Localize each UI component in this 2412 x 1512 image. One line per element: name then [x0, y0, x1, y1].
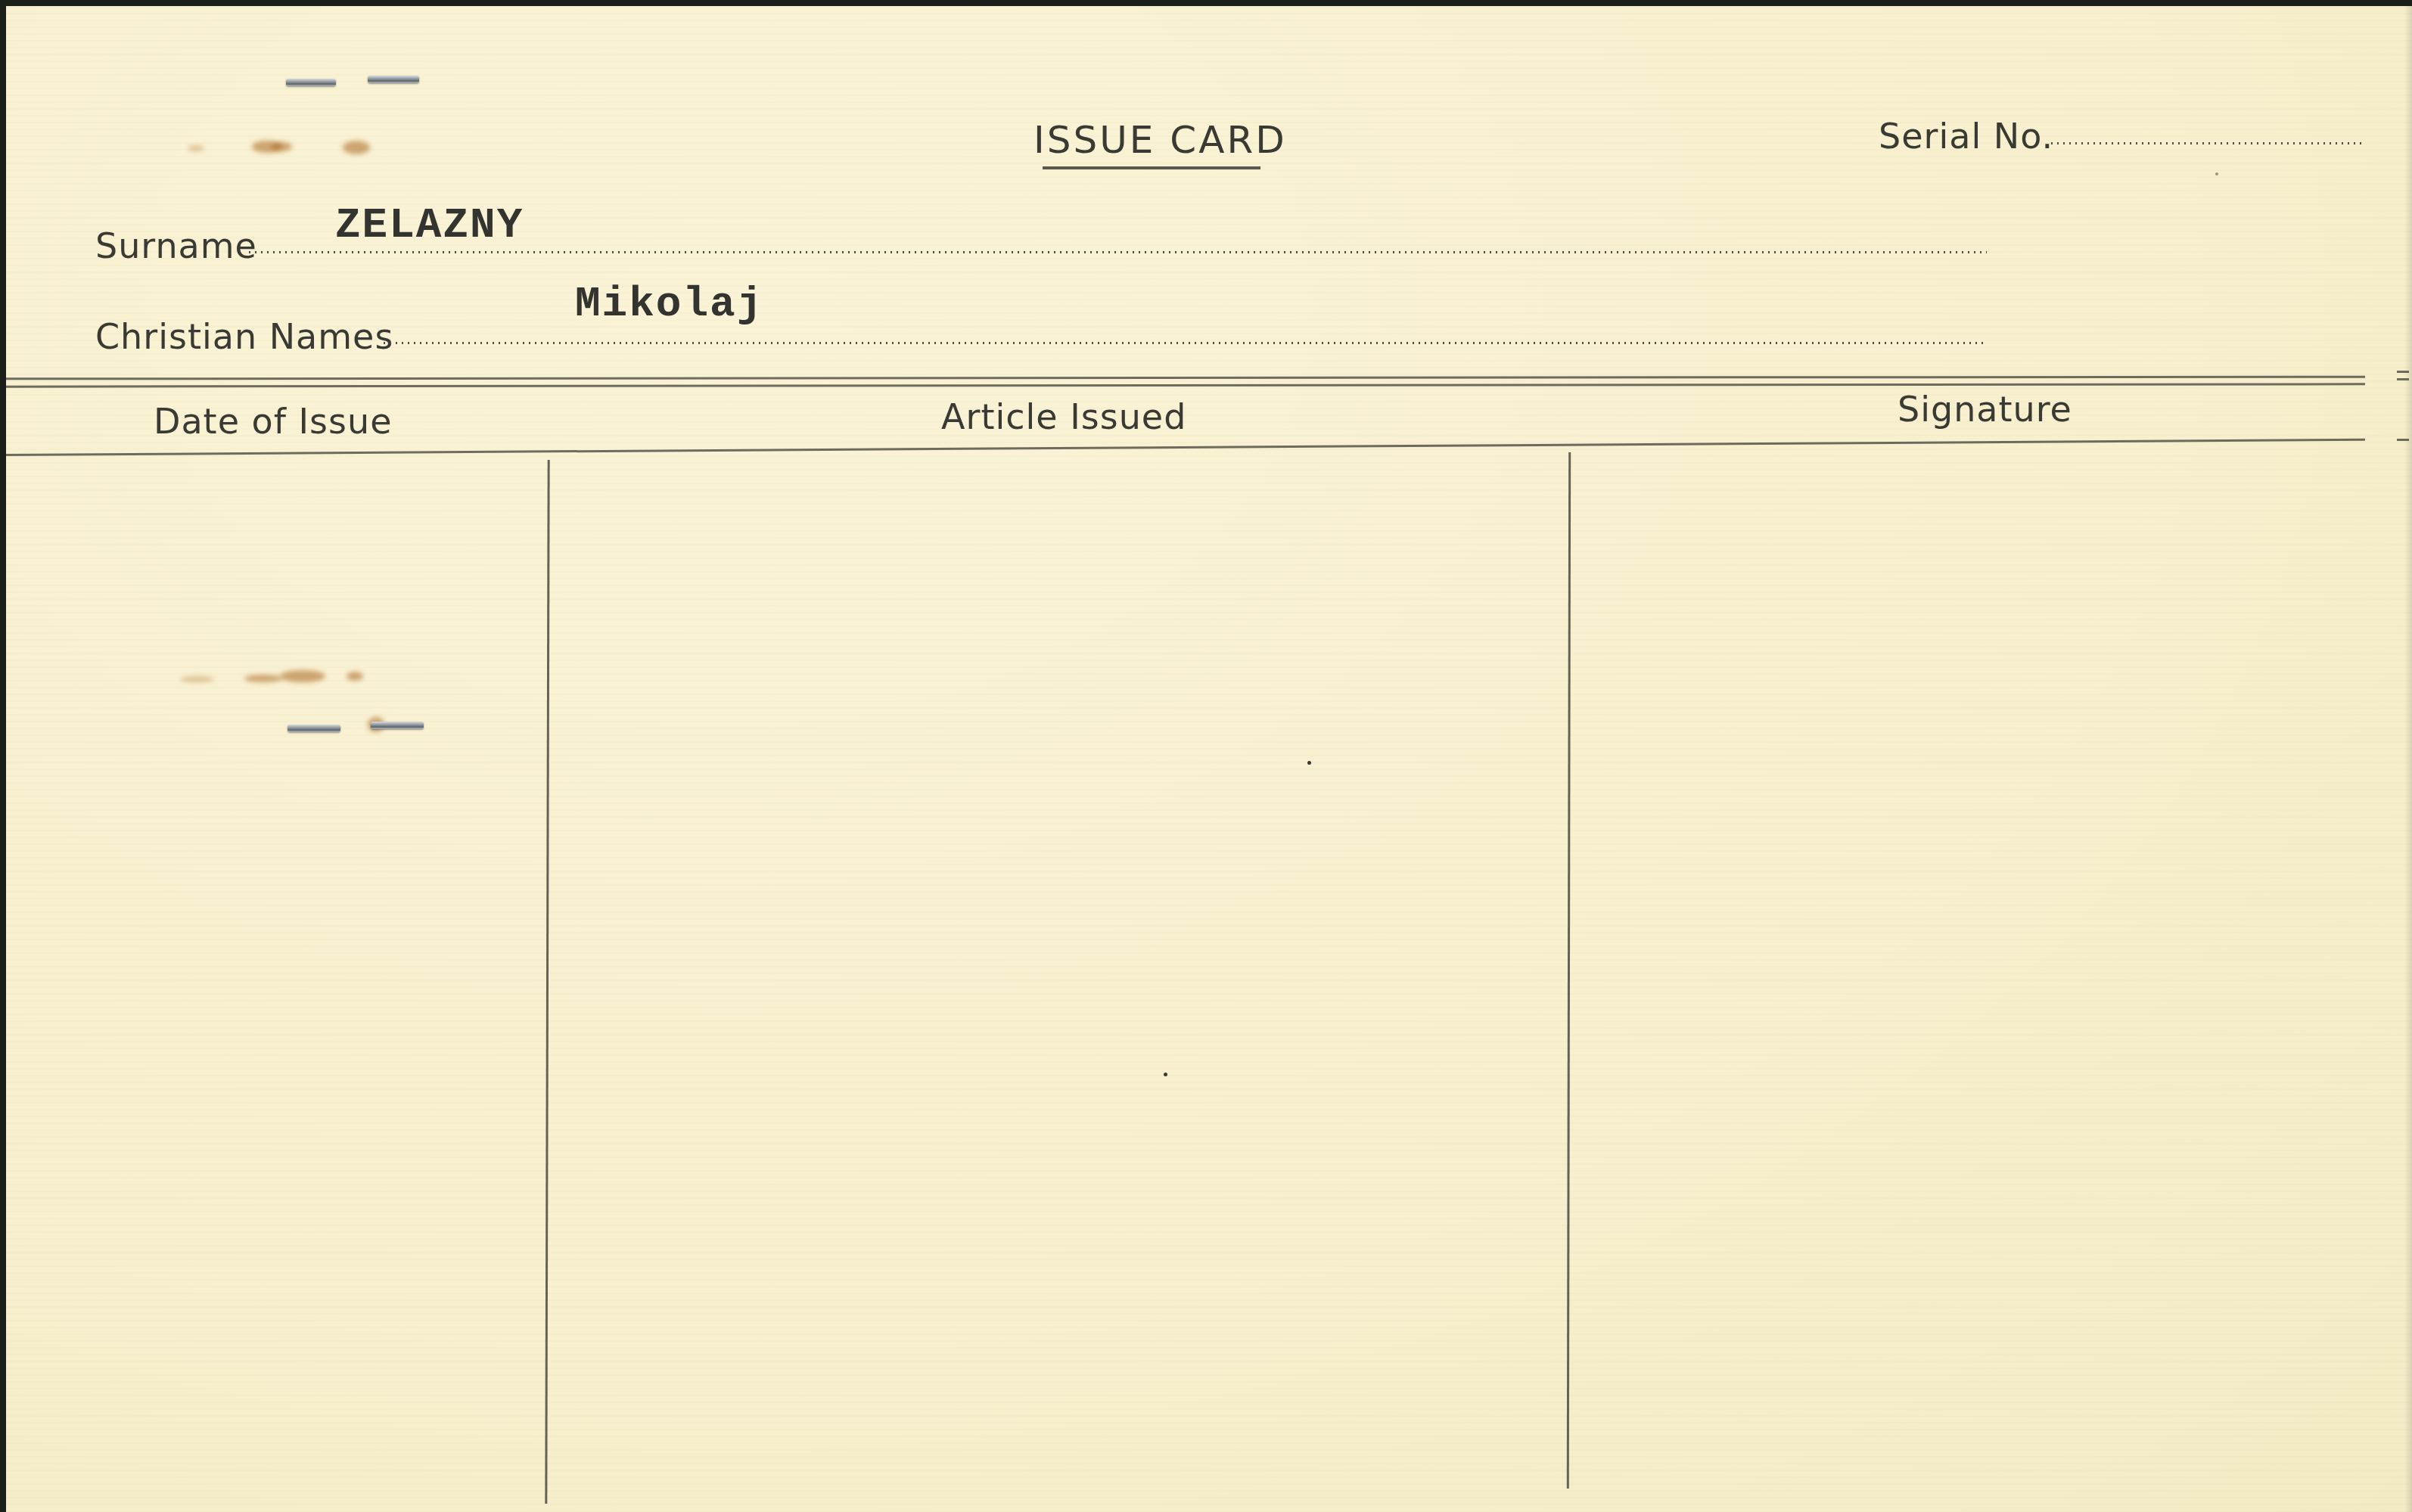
rust-stain [188, 145, 204, 151]
column-header-signature: Signature [1898, 389, 2072, 430]
serial-number-label: Serial No. [1879, 116, 2053, 157]
surname-label: Surname [95, 225, 257, 266]
christian-names-field[interactable] [381, 342, 1987, 344]
ink-speck [2215, 172, 2218, 175]
header-double-rule-top [6, 376, 2365, 380]
serial-number-field[interactable] [2049, 142, 2363, 144]
christian-names-label: Christian Names [95, 316, 393, 357]
issue-card: ISSUE CARD Serial No. Surname ZELAZNY Ch… [6, 6, 2412, 1512]
rust-stain [343, 141, 370, 154]
ink-speck [1164, 1073, 1167, 1076]
card-title: ISSUE CARD [1033, 118, 1287, 162]
header-double-rule-bottom [6, 383, 2365, 387]
date-of-issue-column[interactable] [6, 463, 545, 1499]
card-edge [2404, 6, 2412, 1512]
column-header-article-issued: Article Issued [941, 396, 1186, 437]
title-underline [1043, 166, 1260, 169]
staple-icon [368, 76, 419, 83]
ink-speck [1307, 761, 1311, 765]
signature-column[interactable] [1572, 452, 2365, 1489]
surname-value: ZELAZNY [335, 201, 524, 250]
rust-stain [271, 142, 292, 151]
christian-names-value: Mikolaj [575, 280, 763, 328]
staple-icon [286, 79, 336, 86]
article-issued-column[interactable] [551, 460, 1566, 1496]
column-divider-2 [1567, 452, 1571, 1489]
surname-field[interactable] [247, 251, 1987, 253]
column-divider-1 [545, 460, 549, 1504]
column-header-date-of-issue: Date of Issue [154, 401, 392, 442]
